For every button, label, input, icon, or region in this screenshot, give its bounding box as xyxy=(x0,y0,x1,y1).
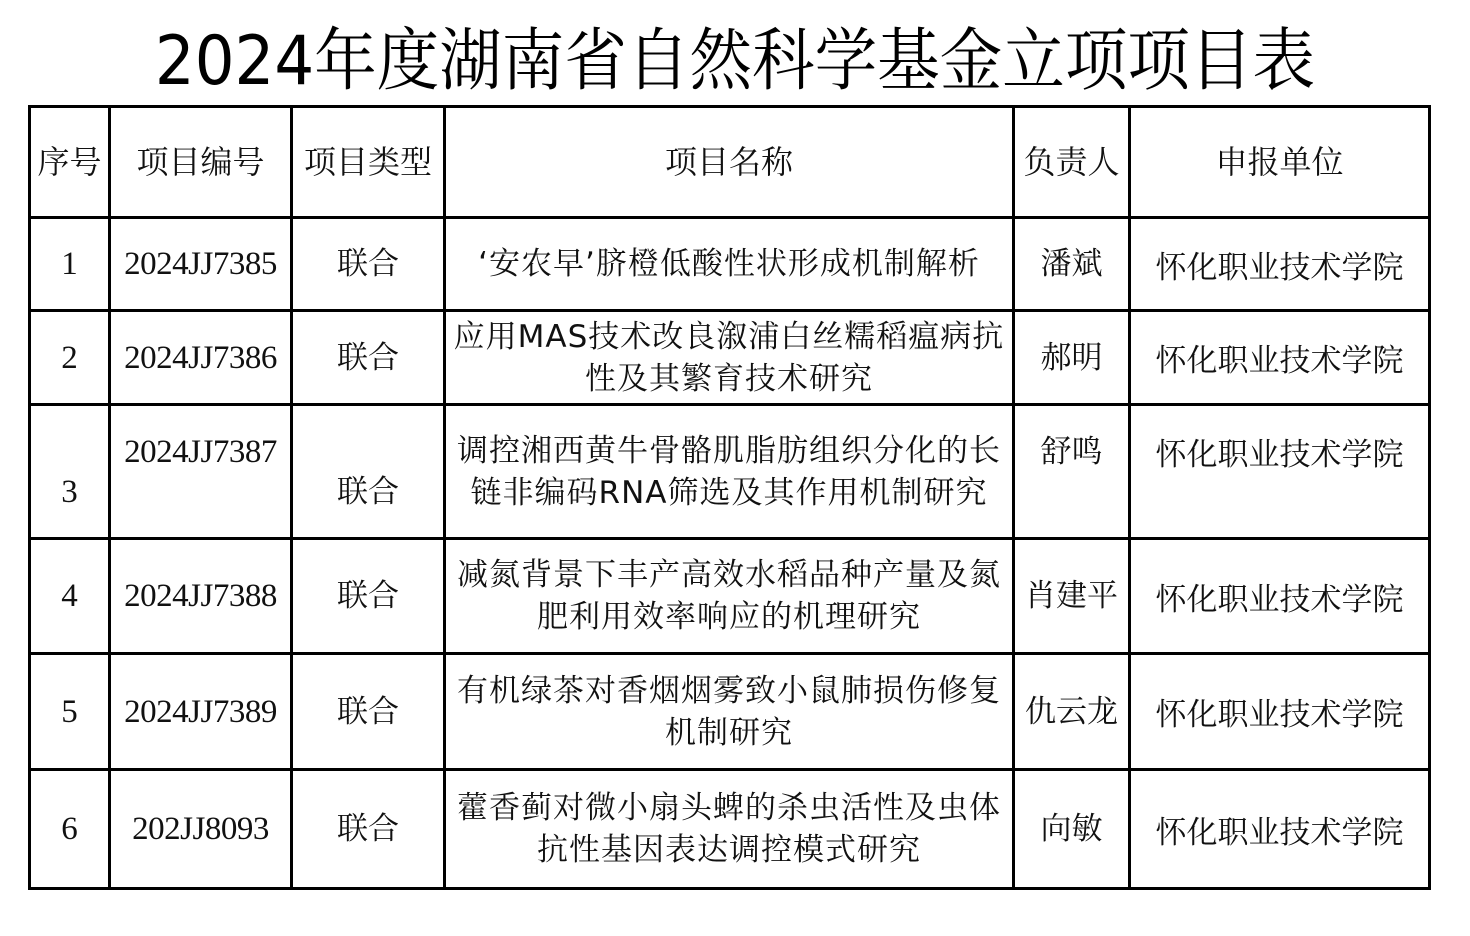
row-leader: 仇云龙 xyxy=(1014,654,1130,770)
row-leader: 郝明 xyxy=(1014,311,1130,405)
row-project-name: 有机绿茶对香烟烟雾致小鼠肺损伤修复机制研究 xyxy=(445,654,1014,770)
row-type: 联合 xyxy=(292,539,445,654)
header-type: 项目类型 xyxy=(292,107,445,218)
row-code: 2024JJ7385 xyxy=(110,218,292,311)
row-unit: 怀化职业技术学院 xyxy=(1130,770,1430,889)
row-project-name: 调控湘西黄牛骨骼肌脂肪组织分化的长链非编码RNA筛选及其作用机制研究 xyxy=(445,405,1014,539)
header-index: 序号 xyxy=(30,107,110,218)
row-index: 3 xyxy=(30,405,110,539)
row-code: 2024JJ7387 xyxy=(110,405,292,539)
table-header-row: 序号 项目编号 项目类型 项目名称 负责人 申报单位 xyxy=(30,107,1430,218)
table-row: 3 2024JJ7387 联合 调控湘西黄牛骨骼肌脂肪组织分化的长链非编码RNA… xyxy=(30,405,1430,539)
header-unit: 申报单位 xyxy=(1130,107,1430,218)
row-type: 联合 xyxy=(292,405,445,539)
table-row: 1 2024JJ7385 联合 ‘安农早’脐橙低酸性状形成机制解析 潘斌 怀化职… xyxy=(30,218,1430,311)
row-code: 2024JJ7386 xyxy=(110,311,292,405)
row-type: 联合 xyxy=(292,218,445,311)
row-index: 4 xyxy=(30,539,110,654)
row-unit: 怀化职业技术学院 xyxy=(1130,539,1430,654)
row-project-name: 藿香蓟对微小扇头蜱的杀虫活性及虫体抗性基因表达调控模式研究 xyxy=(445,770,1014,889)
row-index: 6 xyxy=(30,770,110,889)
row-project-name: 减氮背景下丰产高效水稻品种产量及氮肥利用效率响应的机理研究 xyxy=(445,539,1014,654)
table-row: 5 2024JJ7389 联合 有机绿茶对香烟烟雾致小鼠肺损伤修复机制研究 仇云… xyxy=(30,654,1430,770)
row-project-name: 应用MAS技术改良溆浦白丝糯稻瘟病抗性及其繁育技术研究 xyxy=(445,311,1014,405)
project-table: 序号 项目编号 项目类型 项目名称 负责人 申报单位 1 2024JJ7385 … xyxy=(28,105,1431,890)
row-type: 联合 xyxy=(292,311,445,405)
row-index: 1 xyxy=(30,218,110,311)
header-name: 项目名称 xyxy=(445,107,1014,218)
document-page: 2024年度湖南省自然科学基金立项项目表 序号 项目编号 项目类型 项目名称 负… xyxy=(0,0,1470,936)
row-code: 202JJ8093 xyxy=(110,770,292,889)
row-type: 联合 xyxy=(292,654,445,770)
table-row: 2 2024JJ7386 联合 应用MAS技术改良溆浦白丝糯稻瘟病抗性及其繁育技… xyxy=(30,311,1430,405)
row-index: 5 xyxy=(30,654,110,770)
row-unit: 怀化职业技术学院 xyxy=(1130,654,1430,770)
row-leader: 舒鸣 xyxy=(1014,405,1130,539)
row-unit: 怀化职业技术学院 xyxy=(1130,311,1430,405)
table-row: 6 202JJ8093 联合 藿香蓟对微小扇头蜱的杀虫活性及虫体抗性基因表达调控… xyxy=(30,770,1430,889)
row-code: 2024JJ7388 xyxy=(110,539,292,654)
row-leader: 向敏 xyxy=(1014,770,1130,889)
table-row: 4 2024JJ7388 联合 减氮背景下丰产高效水稻品种产量及氮肥利用效率响应… xyxy=(30,539,1430,654)
row-unit: 怀化职业技术学院 xyxy=(1130,218,1430,311)
row-project-name: ‘安农早’脐橙低酸性状形成机制解析 xyxy=(445,218,1014,311)
row-leader: 肖建平 xyxy=(1014,539,1130,654)
row-leader: 潘斌 xyxy=(1014,218,1130,311)
row-unit: 怀化职业技术学院 xyxy=(1130,405,1430,539)
row-code: 2024JJ7389 xyxy=(110,654,292,770)
document-title: 2024年度湖南省自然科学基金立项项目表 xyxy=(59,22,1411,102)
header-code: 项目编号 xyxy=(110,107,292,218)
header-leader: 负责人 xyxy=(1014,107,1130,218)
row-type: 联合 xyxy=(292,770,445,889)
row-index: 2 xyxy=(30,311,110,405)
